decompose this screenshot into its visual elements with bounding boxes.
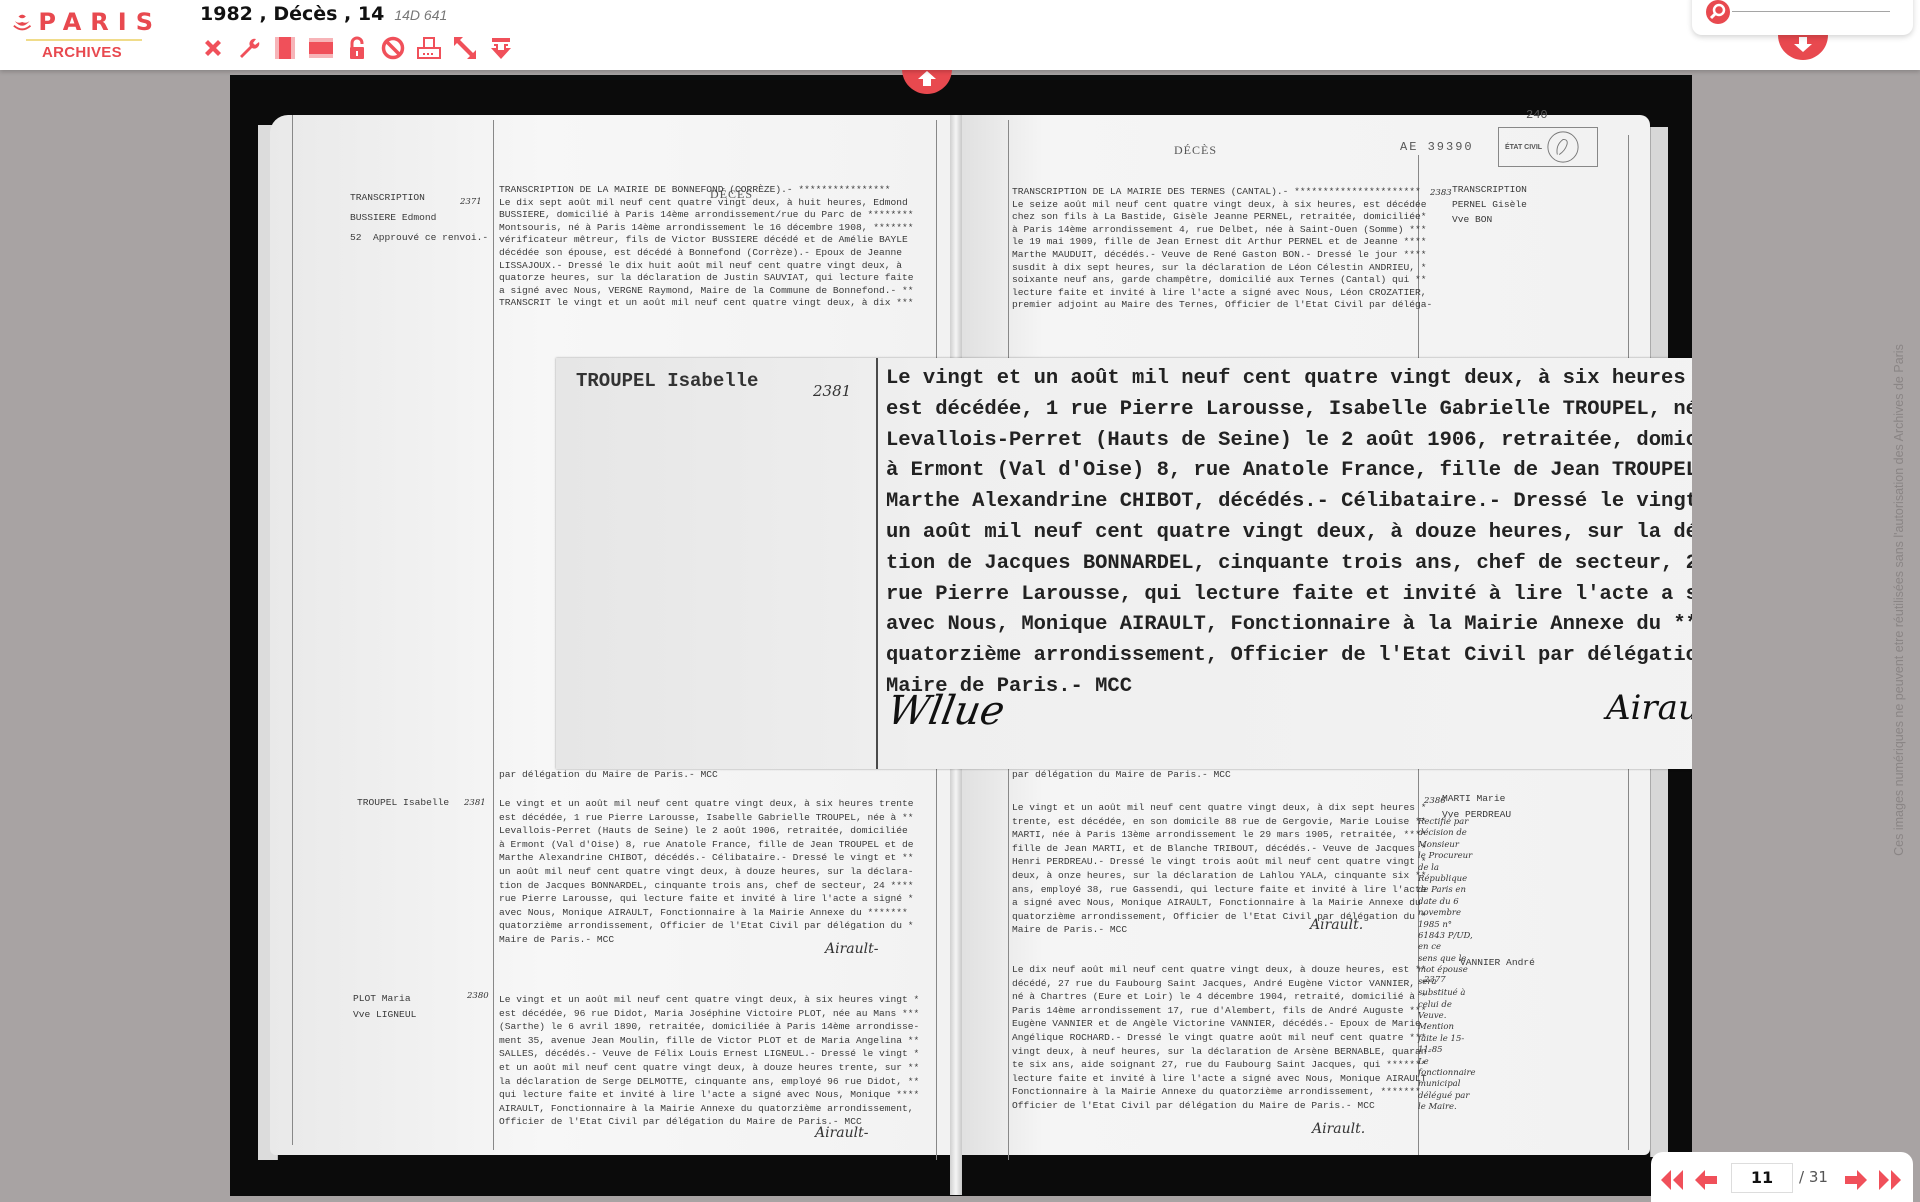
ban-button[interactable] [379,34,406,61]
text-line: MARTI Marie [1442,791,1511,807]
marianne-seal-icon [1546,130,1580,164]
text-line: avec Nous, Monique AIRAULT, Fonctionnair… [499,906,914,920]
text-line: Eugène VANNIER et de Angèle Victorine VA… [1012,1017,1432,1031]
text-line: PLOT Maria [353,991,416,1007]
folio-number: 240 [1526,108,1548,122]
text-line: le 19 mai 1909, fille de Jean Ernest dit… [1012,236,1432,249]
text-line: rue Pierre Larousse, qui lecture faite e… [499,892,914,906]
ban-icon [380,35,406,61]
logo-divider [26,39,142,41]
text-line: PERNEL Gisèle [1452,197,1527,212]
pernel-entry: TRANSCRIPTION DE LA MAIRIE DES TERNES (C… [1012,186,1432,312]
fullscreen-button[interactable] [451,34,478,61]
text-line: qui lecture faite et invité à lire l'act… [499,1088,919,1102]
entry-text: Le vingt et un août mil neuf cent quatre… [1012,801,1427,937]
last-page-button[interactable] [1877,1168,1903,1192]
text-line: 1985 n° 61843 P/UD, en ce [1418,920,1476,954]
text-line: Le vingt et un août mil neuf cent quatre… [499,993,919,1007]
text-line: quatorzième arrondissement, Officier de … [886,641,1692,672]
text-line: Le dix sept août mil neuf cent quatre vi… [499,197,914,210]
text-line: le Procureur de la République [1418,851,1476,885]
text-line: Vve BON [1452,212,1527,227]
entry-signature: Airault. [1310,917,1363,933]
viewer-toolbar [199,34,514,61]
text-line: tion de Jacques BONNARDEL, cinquante tro… [499,879,914,893]
loupe-signature-left: Wllue [884,688,1008,734]
arrow-left-icon [1693,1168,1719,1192]
text-line: Le seize août mil neuf cent quatre vingt… [1012,199,1432,212]
text-line: avec Nous, Monique AIRAULT, Fonctionnair… [886,610,1692,641]
text-line: Le dix neuf août mil neuf cent quatre vi… [1012,963,1432,977]
double-page-button[interactable] [307,34,334,61]
text-line: deux, à onze heures, sur la déclaration … [1012,869,1427,883]
text-line: chez son fils à La Bastide, Gisèle Jeann… [1012,211,1432,224]
document-cote: 14D 641 [394,7,447,23]
arrow-right-icon [1843,1168,1869,1192]
text-line: est décédée, 96 rue Didot, Maria Joséphi… [499,1007,919,1021]
entry-text: Le vingt et un août mil neuf cent quatre… [499,993,919,1129]
loupe-text: Le vingt et un août mil neuf cent quatre… [886,364,1692,703]
text-line: Paris 14ème arrondissement 17, rue d'Ale… [1012,1004,1432,1018]
text-line: BUSSIERE Edmond [350,208,488,228]
wrench-icon [236,35,262,61]
text-line: de Paris en date du 6 novembre [1418,885,1476,919]
top-right-number: 2383 [1430,188,1452,198]
header-bar: PARIS ARCHIVES 1982 , Décès , 14 14D 641 [0,0,1920,70]
paris-archives-logo[interactable]: PARIS ARCHIVES [12,8,162,64]
text-line: susdit à dix sept heures, sur la déclara… [1012,262,1432,275]
entry-continuation: par délégation du Maire de Paris.- MCC [499,769,718,782]
text-line: 52 Approuvé ce renvoi.- [350,228,488,248]
entry-number: 2386 [1424,796,1446,806]
text-line: à Ermont (Val d'Oise) 8, rue Anatole Fra… [499,838,914,852]
print-button[interactable] [415,34,442,61]
document-title: 1982 , Décès , 14 14D 641 [200,3,447,25]
text-line: AIRAULT, Fonctionnaire à la Mairie Annex… [499,1102,919,1116]
text-line: BUSSIERE, domicilié à Paris 14ème arrond… [499,209,914,222]
text-line: est décédée, 1 rue Pierre Larousse, Isab… [499,811,914,825]
text-line: à Ermont (Val d'Oise) 8, rue Anatole Fra… [886,456,1692,487]
single-page-icon [272,35,298,61]
entry-text: Le dix neuf août mil neuf cent quatre vi… [1012,963,1432,1113]
arrow-up-icon [917,70,937,86]
text-line: Rectifié par décision de Monsieur [1418,817,1476,851]
text-line: tion de Jacques BONNARDEL, cinquante tro… [886,549,1692,580]
text-line: SALLES, décédés.- Veuve de Félix Louis E… [499,1047,919,1061]
next-page-button[interactable] [1843,1168,1869,1192]
entry-number: 2380 [467,991,489,1001]
zoom-icon [1706,0,1730,24]
text-line: Officier de l'Etat Civil par délégation … [1012,1099,1432,1113]
text-line: VANNIER André [1460,955,1535,971]
text-line: ment 35, avenue Jean Moulin, fille de Vi… [499,1034,919,1048]
text-line: Montsouris, né à Paris 14ème arrondissem… [499,222,914,235]
loupe-column-rule [876,358,878,769]
zoom-button[interactable] [1706,0,1730,24]
double-page-icon [308,35,334,61]
bussiere-entry: TRANSCRIPTION DE LA MAIRIE DE BONNEFOND … [499,184,914,310]
stamp-label: ÉTAT CIVIL [1505,144,1542,151]
text-line: premier adjoint au Maire des Ternes, Off… [1012,299,1432,312]
text-line: lecture faite et invité à lire l'acte a … [1012,1072,1432,1086]
copyright-watermark: Ces images numériques ne peuvent etre ré… [1892,344,1906,856]
text-line: à Paris 14ème arrondissement 4, rue Delb… [1012,224,1432,237]
text-line: vérificateur mêtreur, fils de Victor BUS… [499,234,914,247]
top-right-margin: TRANSCRIPTIONPERNEL GisèleVve BON [1452,182,1527,227]
text-line: Marthe Alexandrine CHIBOT, décédés.- Cél… [499,851,914,865]
text-line: TRANSCRIPTION [1452,182,1527,197]
text-line: Marthe Alexandrine CHIBOT, décédés.- Cél… [886,487,1692,518]
close-icon [200,35,226,61]
first-page-button[interactable] [1659,1168,1685,1192]
paris-boat-logo-icon [12,11,32,33]
text-line: TROUPEL Isabelle [357,795,449,811]
text-line: trente, est décédée, en son domicile 88 … [1012,815,1427,829]
text-line: Le vingt et un août mil neuf cent quatre… [886,364,1692,395]
text-line: Le vingt et un août mil neuf cent quatre… [499,797,914,811]
text-line: TRANSCRIPTION DE LA MAIRIE DES TERNES (C… [1012,186,1432,199]
text-line: vingt deux, à neuf heures, sur la déclar… [1012,1045,1432,1059]
text-line: est décédée, 1 rue Pierre Larousse, Isab… [886,395,1692,426]
entry-signature: Airault- [825,941,878,957]
etat-civil-stamp: ÉTAT CIVIL [1498,127,1598,167]
double-arrow-right-icon [1877,1168,1903,1192]
text-line: Henri PERDREAU.- Dressé le vingt trois a… [1012,855,1427,869]
register-reference: AE 39390 [1400,140,1474,154]
text-line: Le vingt et un août mil neuf cent quatre… [1012,801,1427,815]
text-line: Levallois-Perret (Hauts de Seine) le 2 a… [886,426,1692,457]
arrow-down-icon [1793,37,1813,53]
text-line: soixante neuf ans, garde champêtre, domi… [1012,274,1432,287]
document-title-text: 1982 , Décès , 14 [200,3,384,25]
pagination: 11 / 31 [1651,1152,1913,1202]
loupe-number: 2381 [813,382,851,400]
print-icon [416,35,442,61]
tools-button[interactable] [235,34,262,61]
entry-signature: Airault- [815,1125,868,1141]
logo-archives-text: ARCHIVES [42,44,162,61]
fullscreen-icon [452,35,478,61]
entry-number: 2381 [464,798,486,808]
text-line: Marthe MAUDUIT, décédés.- Veuve de René … [1012,249,1432,262]
text-line: quatorzième arrondissement, Officier de … [1012,910,1427,924]
text-line: TRANSCRIT le vingt et un août mil neuf c… [499,297,914,310]
text-line: lecture faite et invité à lire l'acte a … [1012,287,1432,300]
text-line: un août mil neuf cent quatre vingt deux,… [886,518,1692,549]
text-line: né à Chartres (Eure et Loir) le 4 décemb… [1012,990,1432,1004]
text-line: fille de Jean MARTI, et de Blanche TRIBO… [1012,842,1427,856]
loupe-name: TROUPEL Isabelle [576,370,758,392]
download-icon [488,35,514,61]
text-line: a signé avec Nous, Monique AIRAULT, Fonc… [1012,896,1427,910]
text-line: quatorze heures, sur la déclaration de J… [499,272,914,285]
text-line: te six ans, aide soignant 27, rue du Fau… [1012,1058,1432,1072]
text-line: TRANSCRIPTION DE LA MAIRIE DE BONNEFOND … [499,184,914,197]
text-line: Maire de Paris.- MCC [1012,923,1427,937]
lock-button[interactable] [343,34,370,61]
entry-margin-name: VANNIER André [1460,955,1535,971]
entry-continuation: par délégation du Maire de Paris.- MCC [1012,769,1231,782]
page-number-input[interactable]: 11 [1731,1163,1793,1193]
unlock-icon [344,35,370,61]
text-line: Angélique ROCHARD.- Dressé le vingt quat… [1012,1031,1432,1045]
text-line: décédée son épouse, est décédé à Bonnefo… [499,247,914,260]
entry-margin-name: PLOT MariaVve LIGNEUL [353,991,416,1023]
text-line: la déclaration de Serge DELMOTTE, cinqua… [499,1075,919,1089]
double-arrow-left-icon [1659,1168,1685,1192]
text-line: quatorzième arrondissement, Officier de … [499,919,914,933]
entry-signature: Airault. [1312,1121,1365,1137]
text-line: a signé avec Nous, VERGNE Raymond, Maire… [499,285,914,298]
text-line: (Sarthe) le 6 avril 1890, retraitée, dom… [499,1020,919,1034]
entry-text: Le vingt et un août mil neuf cent quatre… [499,797,914,947]
text-line: Vve LIGNEUL [353,1007,416,1023]
zoom-panel [1692,0,1913,35]
text-line: et un août mil neuf cent quatre vingt de… [499,1061,919,1075]
logo-paris-text: PARIS [38,8,162,36]
text-line: Fonctionnaire à la Mairie Annexe du quat… [1012,1085,1432,1099]
page-total: / 31 [1799,1168,1828,1186]
previous-page-button[interactable] [1693,1168,1719,1192]
single-page-button[interactable] [271,34,298,61]
text-line: décédé, 27 rue du Faubourg Saint Jacques… [1012,977,1432,991]
magnifier-loupe[interactable]: TROUPEL Isabelle 2381 Le vingt et un aoû… [556,358,1692,769]
entry-margin-name: TROUPEL Isabelle [357,795,449,811]
right-page-header: DÉCÈS [1174,143,1217,158]
text-line: rue Pierre Larousse, qui lecture faite e… [886,580,1692,611]
zoom-slider[interactable] [1732,11,1890,12]
text-line: MARTI, née à Paris 13ème arrondissement … [1012,828,1427,842]
text-line: Levallois-Perret (Hauts de Seine) le 2 a… [499,824,914,838]
close-button[interactable] [199,34,226,61]
download-button[interactable] [487,34,514,61]
text-line: un août mil neuf cent quatre vingt deux,… [499,865,914,879]
top-left-number: 2371 [460,197,482,207]
text-line: ans, employé 38, rue Gassendi, qui lectu… [1012,883,1427,897]
loupe-signature-right: Airault- [1606,688,1692,728]
document-viewer[interactable]: DÉCÈS DÉCÈS AE 39390 240 ÉTAT CIVIL TRAN… [230,75,1692,1196]
text-line: LISSAJOUX.- Dressé le dix huit août mil … [499,260,914,273]
